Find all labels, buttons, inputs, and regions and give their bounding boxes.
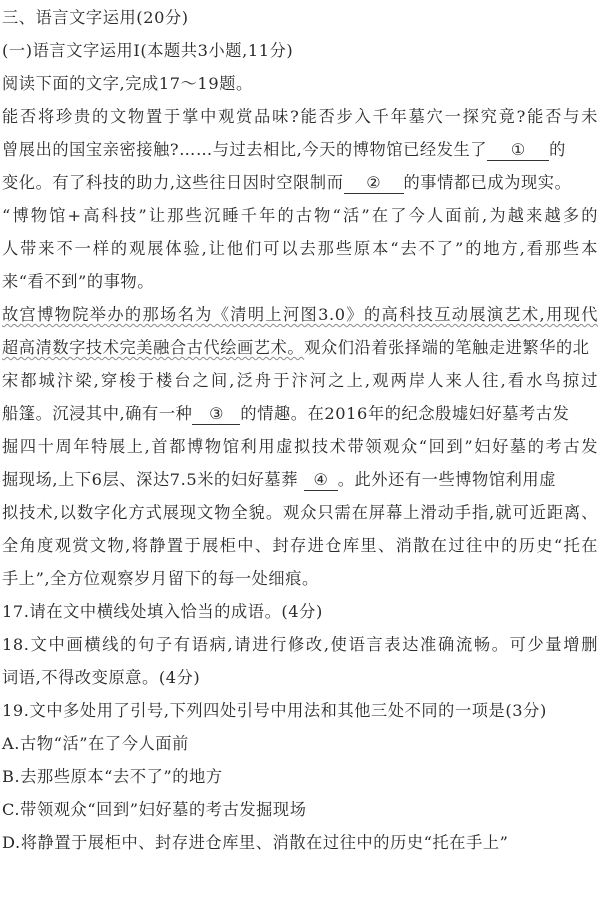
blank-2: ② <box>344 173 404 194</box>
section-title: 三、语言文字运用(20分) <box>2 6 598 30</box>
blank-4: ④ <box>304 470 338 491</box>
section-subtitle: (一)语言文字运用Ⅰ(本题共3小题,11分) <box>2 39 598 63</box>
passage-line-9: 宋都城汴梁,穿梭于楼台之间,泛舟于汴河之上,观两岸人来人往,看水鸟掠过 <box>2 369 598 393</box>
option-b: B.去那些原本“去不了”的地方 <box>2 765 598 789</box>
passage-text: 的情趣。在2016年的纪念殷墟妇好墓考古发 <box>240 404 569 423</box>
question-17: 17.请在文中横线处填入恰当的成语。(4分) <box>2 600 598 624</box>
passage-text: 掘现场,上下6层、深达7.5米的妇好墓葬 <box>2 470 304 489</box>
passage-text: 的 <box>549 140 566 159</box>
passage-line-6: 来“看不到”的事物。 <box>2 270 598 294</box>
passage-text: 船篷。沉浸其中,确有一种 <box>2 404 192 423</box>
reading-instruction: 阅读下面的文字,完成17～19题。 <box>2 72 598 96</box>
passage-line-12: 掘现场,上下6层、深达7.5米的妇好墓葬 ④。此外还有一些博物馆利用虚 <box>2 468 598 492</box>
passage-line-14: 全角度观赏文物,将静置于展柜中、封存进仓库里、消散在过往中的历史“托在 <box>2 534 598 558</box>
option-a: A.古物“活”在了今人面前 <box>2 732 598 756</box>
blank-1: ① <box>487 140 549 161</box>
option-c: C.带领观众“回到”妇好墓的考古发掘现场 <box>2 798 598 822</box>
blank-3: ③ <box>192 404 240 425</box>
passage-text: 的事情都已成为现实。 <box>404 173 572 192</box>
passage-text: 变化。有了科技的助力,这些往日因时空限制而 <box>2 173 344 192</box>
passage-line-7: 故宫博物院举办的那场名为《清明上河图3.0》的高科技互动展演艺术,用现代 <box>2 303 598 327</box>
passage-line-4: “博物馆+高科技”让那些沉睡千年的古物“活”在了今人面前,为越来越多的 <box>2 204 598 228</box>
option-d: D.将静置于展柜中、封存进仓库里、消散在过往中的历史“托在手上” <box>2 831 598 855</box>
passage-text: 。此外还有一些博物馆利用虚 <box>338 470 556 489</box>
passage-line-11: 掘四十周年特展上,首都博物馆利用虚拟技术带领观众“回到”妇好墓的考古发 <box>2 435 598 459</box>
question-19: 19.文中多处用了引号,下列四处引号中用法和其他三处不同的一项是(3分) <box>2 699 598 723</box>
passage-line-15: 手上”,全方位观察岁月留下的每一处细痕。 <box>2 567 598 591</box>
question-18-line-1: 18.文中画横线的句子有语病,请进行修改,使语言表达准确流畅。可少量增删 <box>2 633 598 657</box>
passage-line-10: 船篷。沉浸其中,确有一种③的情趣。在2016年的纪念殷墟妇好墓考古发 <box>2 402 598 426</box>
passage-line-8: 超高清数字技术完美融合古代绘画艺术。观众们沿着张择端的笔触走进繁华的北 <box>2 336 598 360</box>
passage-text: 观众们沿着张择端的笔触走进繁华的北 <box>304 338 589 357</box>
passage-line-13: 拟技术,以数字化方式展现文物全貌。观众只需在屏幕上滑动手指,就可近距离、 <box>2 501 598 525</box>
passage-text: 曾展出的国宝亲密接触?……与过去相比,今天的博物馆已经发生了 <box>2 140 487 159</box>
question-18-line-2: 词语,不得改变原意。(4分) <box>2 666 598 690</box>
passage-line-3: 变化。有了科技的助力,这些往日因时空限制而②的事情都已成为现实。 <box>2 171 598 195</box>
underlined-sentence: 故宫博物院举办的那场名为《清明上河图3.0》的高科技互动展演艺术,用现代 <box>2 305 598 324</box>
passage-line-2: 曾展出的国宝亲密接触?……与过去相比,今天的博物馆已经发生了①的 <box>2 138 598 162</box>
passage-line-1: 能否将珍贵的文物置于掌中观赏品味?能否步入千年墓穴一探究竟?能否与未 <box>2 105 598 129</box>
passage-line-5: 人带来不一样的观展体验,让他们可以去那些原本“去不了”的地方,看那些本 <box>2 237 598 261</box>
underlined-sentence: 超高清数字技术完美融合古代绘画艺术。 <box>2 338 304 357</box>
